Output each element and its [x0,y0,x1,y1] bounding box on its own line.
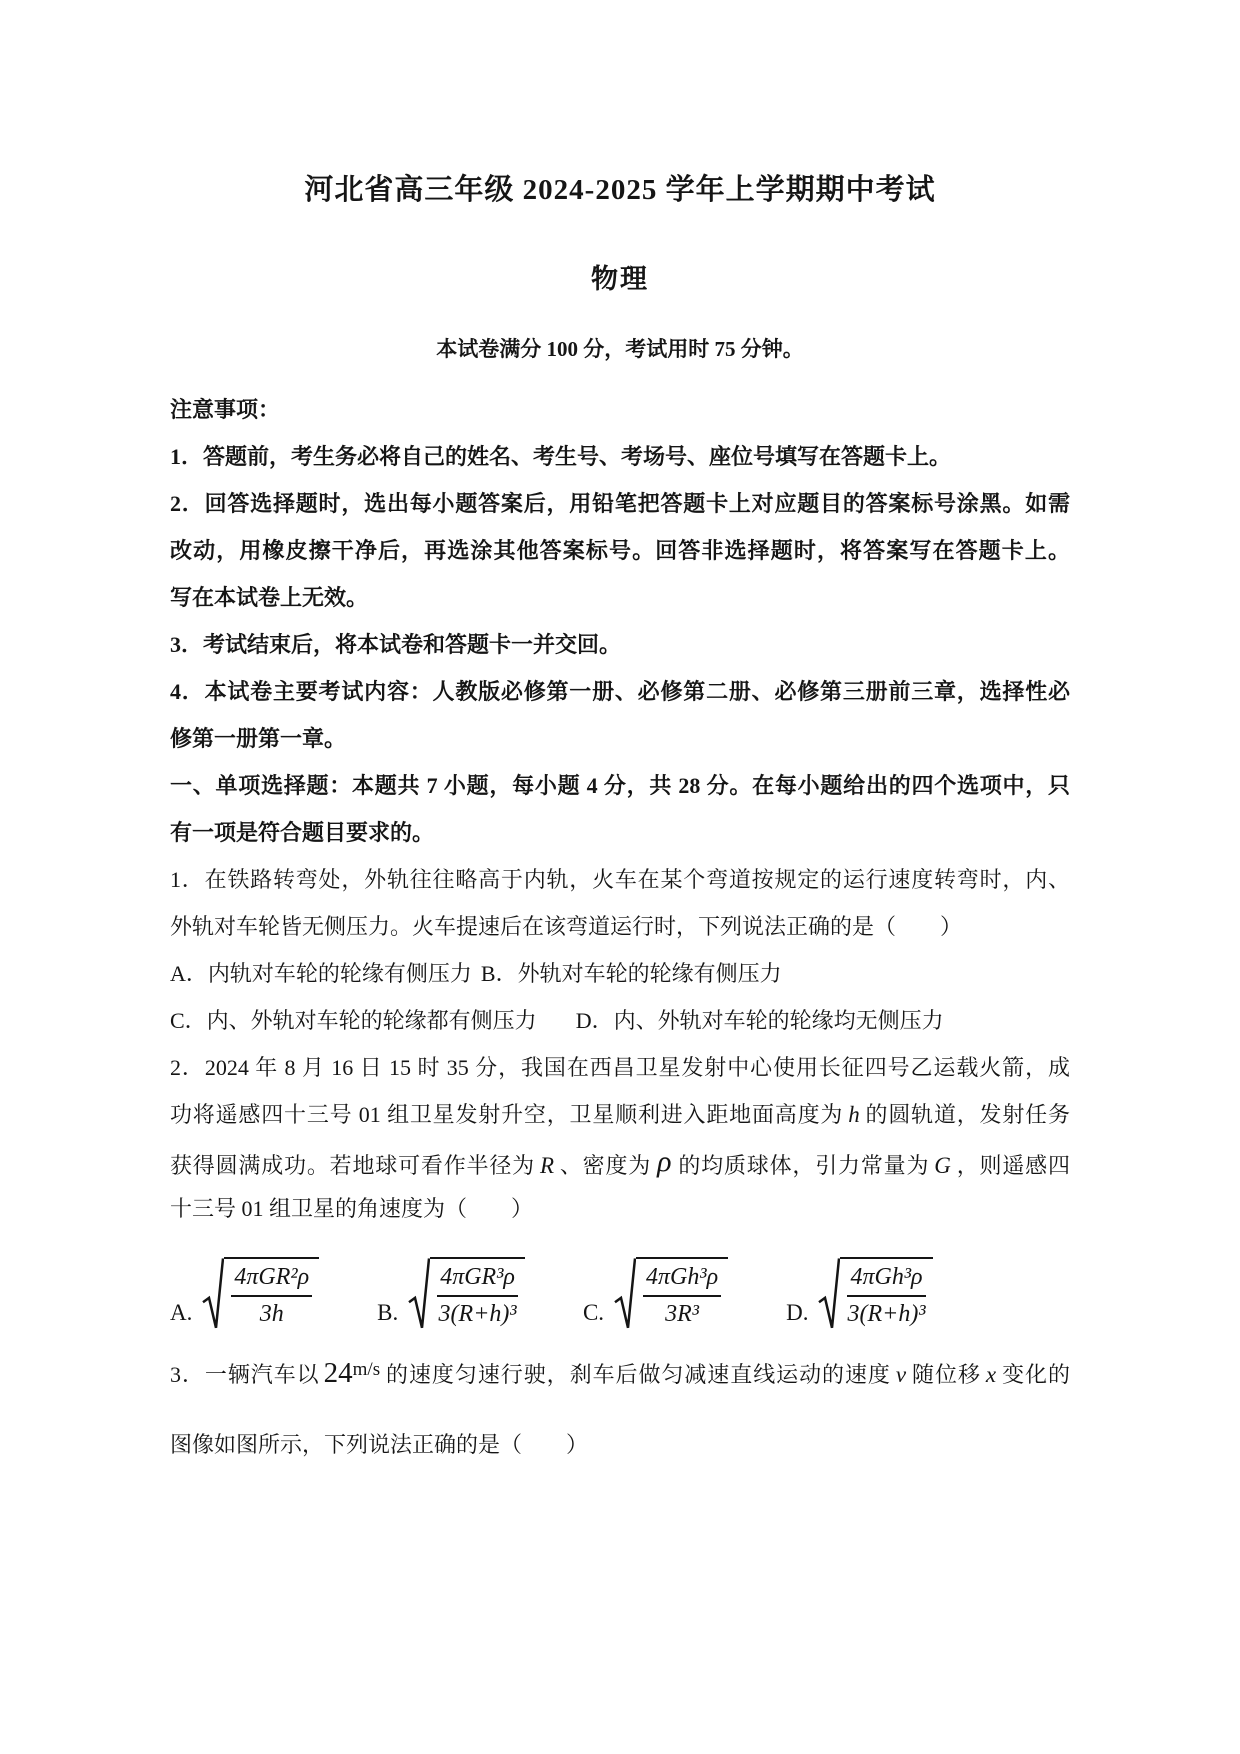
section-1-header-line-1: 一、单项选择题：本题共 7 小题，每小题 4 分，共 28 分。在每小题给出的四… [170,762,1070,809]
question-1-line-2: 外轨对车轮皆无侧压力。火车提速后在该弯道运行时，下列说法正确的是（ ） [170,903,1070,950]
variable-v: v [896,1362,906,1387]
question-2-line-3: 获得圆满成功。若地球可看作半径为R、密度为ρ的均质球体，引力常量为G，则遥感四 [170,1138,1070,1185]
speed-value: 24 [324,1357,353,1389]
sqrt-formula-d: 4πGh³ρ 3(R+h)³ [818,1257,932,1330]
variable-rho: ρ [657,1145,671,1178]
question-2-option-b: B. 4πGR³ρ 3(R+h)³ [377,1257,525,1330]
question-1-option-c: C．内、外轨对车轮的轮缘都有侧压力 [170,1008,537,1033]
question-1-option-d: D．内、外轨对车轮的轮缘均无侧压力 [576,1008,944,1033]
question-2-line-2-text: 功将遥感四十三号 01 组卫星发射升空，卫星顺利进入距地面高度为 [170,1102,843,1127]
question-1-options-ab: A．内轨对车轮的轮缘有侧压力B．外轨对车轮的轮缘有侧压力 [170,950,1070,997]
exam-title: 河北省高三年级 2024-2025 学年上学期期中考试 [170,170,1070,210]
variable-G: G [934,1153,951,1178]
section-1-header-line-2: 有一项是符合题目要求的。 [170,809,1070,856]
fraction-d: 4πGh³ρ 3(R+h)³ [840,1257,932,1330]
question-2-line-4: 十三号 01 组卫星的角速度为（ ） [170,1185,1070,1232]
question-2-line-2-tail: 的圆轨道，发射任务 [865,1102,1070,1127]
question-3-line-2: 图像如图所示，下列说法正确的是（ ） [170,1421,1070,1468]
question-1-option-b: B．外轨对车轮的轮缘有侧压力 [481,961,782,986]
numerator-b: 4πGR³ρ [437,1262,518,1297]
notice-item-4-line-2: 修第一册第一章。 [170,715,1070,762]
exam-info-line: 本试卷满分 100 分，考试用时 75 分钟。 [170,336,1070,362]
question-3-line-1-text-1: 3．一辆汽车以 [170,1362,320,1387]
sqrt-formula-a: 4πGR²ρ 3h [202,1257,319,1330]
sqrt-formula-c: 4πGh³ρ 3R³ [614,1257,728,1330]
question-2-option-a: A. 4πGR²ρ 3h [170,1257,319,1330]
radical-sign-icon [408,1257,430,1330]
question-2-line-1: 2．2024 年 8 月 16 日 15 时 35 分，我国在西昌卫星发射中心使… [170,1044,1070,1091]
denominator-d: 3(R+h)³ [847,1297,925,1329]
question-3-line-1-text-3: 随位移 [911,1362,981,1387]
question-1-option-a: A．内轨对车轮的轮缘有侧压力 [170,961,472,986]
question-2-line-3-text-1: 获得圆满成功。若地球可看作半径为 [170,1153,535,1178]
question-2-option-c: C. 4πGh³ρ 3R³ [583,1257,728,1330]
fraction-c: 4πGh³ρ 3R³ [636,1257,728,1330]
variable-x: x [986,1362,996,1387]
exam-paper-page: 河北省高三年级 2024-2025 学年上学期期中考试 物理 本试卷满分 100… [0,0,1240,1754]
question-1-line-1: 1．在铁路转弯处，外轨往往略高于内轨，火车在某个弯道按规定的运行速度转弯时，内、 [170,856,1070,903]
denominator-a: 3h [231,1297,312,1329]
numerator-c: 4πGh³ρ [643,1262,721,1297]
option-c-label: C. [583,1301,604,1324]
notice-item-3: 3．考试结束后，将本试卷和答题卡一并交回。 [170,621,1070,668]
radical-sign-icon [818,1257,840,1330]
fraction-a: 4πGR²ρ 3h [224,1257,319,1330]
notice-item-2-line-1: 2．回答选择题时，选出每小题答案后，用铅笔把答题卡上对应题目的答案标号涂黑。如需 [170,480,1070,527]
notice-item-1: 1．答题前，考生务必将自己的姓名、考生号、考场号、座位号填写在答题卡上。 [170,433,1070,480]
question-2-line-3-text-3: 的均质球体，引力常量为 [678,1153,930,1178]
subject-title: 物理 [170,262,1070,296]
question-3-line-1: 3．一辆汽车以24m/s的速度匀速行驶，刹车后做匀减速直线运动的速度v随位移x变… [170,1346,1070,1393]
numerator-d: 4πGh³ρ [847,1262,925,1297]
option-a-label: A. [170,1301,192,1324]
speed-unit: m/s [353,1359,380,1380]
option-b-label: B. [377,1301,398,1324]
notice-item-2-line-2: 改动，用橡皮擦干净后，再选涂其他答案标号。回答非选择题时，将答案写在答题卡上。 [170,527,1070,574]
option-d-label: D. [786,1301,808,1324]
notice-item-4-line-1: 4．本试卷主要考试内容：人教版必修第一册、必修第二册、必修第三册前三章，选择性必 [170,668,1070,715]
question-1-options-cd: C．内、外轨对车轮的轮缘都有侧压力D．内、外轨对车轮的轮缘均无侧压力 [170,997,1070,1044]
numerator-a: 4πGR²ρ [231,1262,312,1297]
fraction-b: 4πGR³ρ 3(R+h)³ [430,1257,525,1330]
radical-sign-icon [202,1257,224,1330]
question-2-line-3-text-2: 、密度为 [559,1153,651,1178]
denominator-c: 3R³ [643,1297,721,1329]
question-3-line-1-text-2: 的速度匀速行驶，刹车后做匀减速直线运动的速度 [385,1362,891,1387]
sqrt-formula-b: 4πGR³ρ 3(R+h)³ [408,1257,525,1330]
question-2-line-3-text-4: ，则遥感四 [956,1153,1070,1178]
variable-R: R [540,1153,554,1178]
variable-h: h [848,1102,860,1127]
notice-item-2-line-3: 写在本试卷上无效。 [170,574,1070,621]
notice-heading: 注意事项： [170,386,1070,433]
question-2-line-2: 功将遥感四十三号 01 组卫星发射升空，卫星顺利进入距地面高度为h的圆轨道，发射… [170,1091,1070,1138]
question-2-option-d: D. 4πGh³ρ 3(R+h)³ [786,1257,932,1330]
denominator-b: 3(R+h)³ [437,1297,518,1329]
question-3-line-1-text-4: 变化的 [1001,1362,1070,1387]
question-2-formula-options: A. 4πGR²ρ 3h B. 4πGR³ρ 3(R+h)³ C. [170,1242,1070,1330]
radical-sign-icon [614,1257,636,1330]
